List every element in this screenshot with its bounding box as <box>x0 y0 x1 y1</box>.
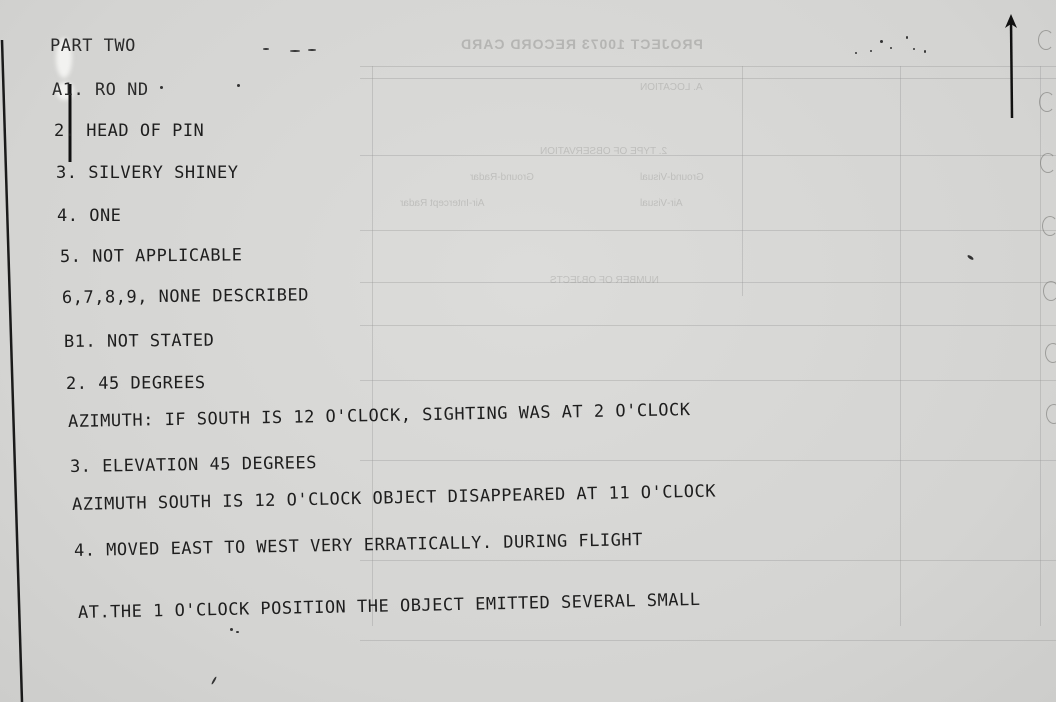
speck <box>211 676 217 685</box>
binder-hole-mark <box>1039 92 1055 112</box>
speck <box>236 631 239 633</box>
answer-a5: 5. NOT APPLICABLE <box>60 245 243 267</box>
binder-hole-mark <box>1040 153 1056 173</box>
speck <box>237 84 240 87</box>
speck <box>855 52 857 54</box>
show-through-title: PROJECT 10073 RECORD CARD <box>460 36 703 52</box>
answer-b2-azimuth: AZIMUTH: IF SOUTH IS 12 O'CLOCK, SIGHTIN… <box>68 400 691 432</box>
show-through-label: 2. TYPE OF OBSERVATION <box>540 146 667 157</box>
answer-b1: B1. NOT STATED <box>64 331 214 352</box>
binder-hole-mark <box>1046 404 1056 424</box>
answer-b4: 4. MOVED EAST TO WEST VERY ERRATICALLY. … <box>74 530 643 561</box>
speck <box>290 50 300 52</box>
answer-b2: 2. 45 DEGREES <box>66 373 206 394</box>
show-through-label: Ground-Visual <box>640 172 704 183</box>
answer-a4: 4. ONE <box>57 206 121 226</box>
speck <box>906 36 908 39</box>
answer-a2: 2. HEAD OF PIN <box>54 121 204 141</box>
speck <box>230 628 233 631</box>
answer-a1: A1. RO ND <box>52 80 149 100</box>
show-through-label: A. LOCATION <box>640 82 703 93</box>
part-heading: PART TWO <box>50 36 136 56</box>
speck <box>263 48 269 50</box>
speck <box>870 50 872 52</box>
show-through-label: Ground-Radar <box>470 172 534 183</box>
answer-a3: 3. SILVERY SHINEY <box>56 163 239 183</box>
up-arrow-icon <box>1003 14 1019 120</box>
binder-hole-mark <box>1045 343 1056 363</box>
binder-hole-mark <box>1042 216 1056 236</box>
speck <box>308 49 316 51</box>
speck <box>890 47 892 49</box>
answer-b3: 3. ELEVATION 45 DEGREES <box>70 453 317 477</box>
speck <box>880 40 883 43</box>
binder-hole-mark <box>1043 281 1056 301</box>
show-through-label: Air-Visual <box>640 198 683 209</box>
page-edge-line <box>0 0 30 702</box>
answer-b3-azimuth: AZIMUTH SOUTH IS 12 O'CLOCK OBJECT DISAP… <box>72 482 716 515</box>
speck <box>924 50 926 53</box>
scanned-document-page: PROJECT 10073 RECORD CARD A. LOCATION 2.… <box>0 0 1056 702</box>
answer-b4-continued: AT.THE 1 O'CLOCK POSITION THE OBJECT EMI… <box>78 590 701 623</box>
show-through-label: NUMBER OF OBJECTS <box>550 275 659 286</box>
show-through-label: Air-Intercept Radar <box>400 198 484 209</box>
speck <box>913 48 915 50</box>
speck <box>967 254 974 260</box>
binder-hole-mark <box>1038 30 1054 50</box>
answer-a6-9: 6,7,8,9, NONE DESCRIBED <box>62 285 309 308</box>
speck <box>160 86 163 89</box>
